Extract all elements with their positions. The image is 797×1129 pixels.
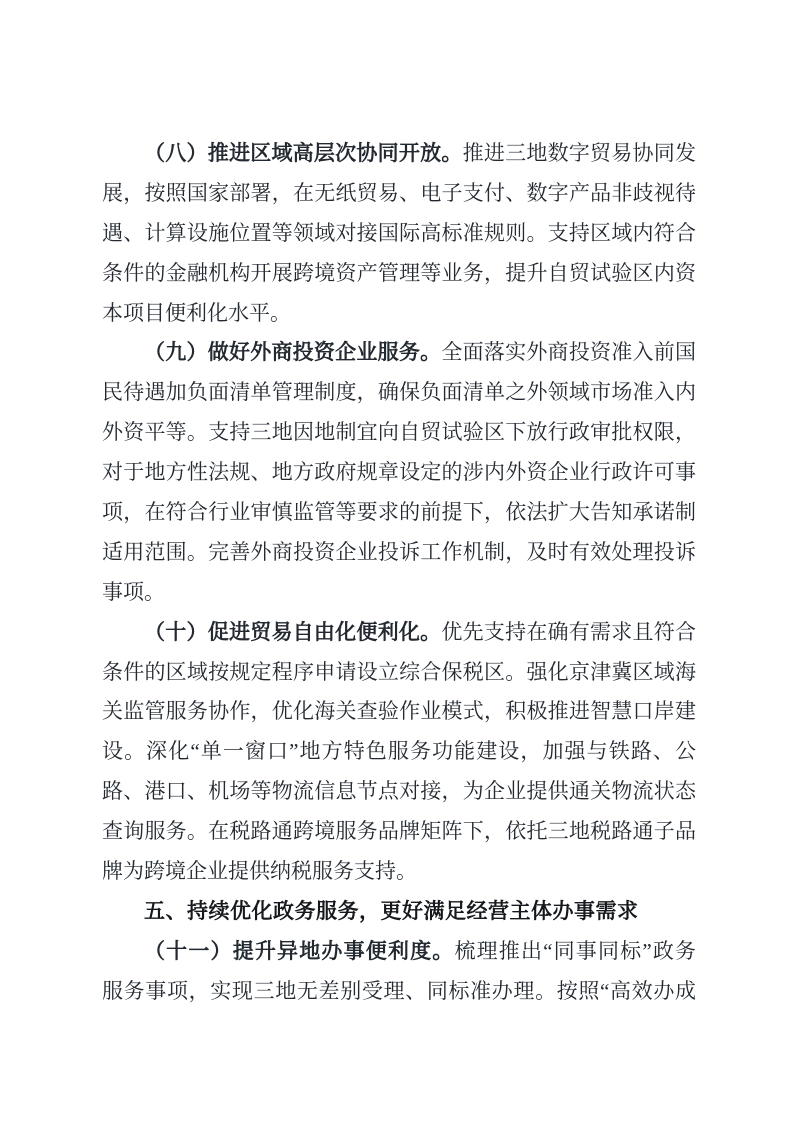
paragraph-text: 全面落实外商投资准入前国 (441, 340, 696, 364)
text-line: 牌为跨境企业提供纳税服务支持。 (102, 852, 696, 892)
text-line: 关监管服务协作，优化海关查验作业模式，积极推进智慧口岸建 (102, 692, 696, 732)
paragraph: （九）做好外商投资企业服务。全面落实外商投资准入前国民待遇加负面清单管理制度，确… (102, 333, 696, 612)
text-line: 项，在符合行业审慎监管等要求的前提下，依法扩大告知承诺制 (102, 493, 696, 533)
document-body: （八）推进区域高层次协同开放。推进三地数字贸易协同发展，按照国家部署，在无纸贸易… (102, 134, 696, 1012)
text-line: 五、持续优化政务服务，更好满足经营主体办事需求 (102, 892, 696, 932)
paragraph-lead: （八）推进区域高层次协同开放。 (144, 141, 463, 165)
section-heading: 五、持续优化政务服务，更好满足经营主体办事需求 (102, 892, 696, 932)
text-line: 遇、计算设施位置等领域对接国际高标准规则。支持区域内符合 (102, 214, 696, 254)
text-line: （十一）提升异地办事便利度。梳理推出“同事同标”政务 (102, 932, 696, 972)
text-line: 设。深化“单一窗口”地方特色服务功能建设，加强与铁路、公 (102, 732, 696, 772)
text-line: 路、港口、机场等物流信息节点对接，为企业提供通关物流状态 (102, 772, 696, 812)
paragraph-lead: （十一）提升异地办事便利度。 (144, 939, 454, 963)
text-line: 本项目便利化水平。 (102, 294, 696, 334)
paragraph-text: 优先支持在确有需求且符合 (441, 620, 696, 644)
text-line: 展，按照国家部署，在无纸贸易、电子支付、数字产品非歧视待 (102, 174, 696, 214)
text-line: 服务事项，实现三地无差别受理、同标准办理。按照“高效办成 (102, 972, 696, 1012)
text-line: 查询服务。在税路通跨境服务品牌矩阵下，依托三地税路通子品 (102, 812, 696, 852)
paragraph: （八）推进区域高层次协同开放。推进三地数字贸易协同发展，按照国家部署，在无纸贸易… (102, 134, 696, 333)
paragraph-lead: （十）促进贸易自由化便利化。 (144, 620, 441, 644)
paragraph: （十一）提升异地办事便利度。梳理推出“同事同标”政务服务事项，实现三地无差别受理… (102, 932, 696, 1012)
paragraph-text: 梳理推出“同事同标”政务 (454, 939, 696, 963)
text-line: 民待遇加负面清单管理制度，确保负面清单之外领域市场准入内 (102, 373, 696, 413)
text-line: 条件的区域按规定程序申请设立综合保税区。强化京津冀区域海 (102, 653, 696, 693)
text-line: （九）做好外商投资企业服务。全面落实外商投资准入前国 (102, 333, 696, 373)
text-line: 事项。 (102, 573, 696, 613)
text-line: 条件的金融机构开展跨境资产管理等业务，提升自贸试验区内资 (102, 254, 696, 294)
paragraph-text: 推进三地数字贸易协同发 (463, 141, 696, 165)
document-page: （八）推进区域高层次协同开放。推进三地数字贸易协同发展，按照国家部署，在无纸贸易… (0, 0, 797, 1129)
text-line: 外资平等。支持三地因地制宜向自贸试验区下放行政审批权限， (102, 413, 696, 453)
text-line: 对于地方性法规、地方政府规章设定的涉内外资企业行政许可事 (102, 453, 696, 493)
paragraph: （十）促进贸易自由化便利化。优先支持在确有需求且符合条件的区域按规定程序申请设立… (102, 613, 696, 892)
paragraph-lead: （九）做好外商投资企业服务。 (144, 340, 441, 364)
text-line: （十）促进贸易自由化便利化。优先支持在确有需求且符合 (102, 613, 696, 653)
text-line: 适用范围。完善外商投资企业投诉工作机制，及时有效处理投诉 (102, 533, 696, 573)
text-line: （八）推进区域高层次协同开放。推进三地数字贸易协同发 (102, 134, 696, 174)
